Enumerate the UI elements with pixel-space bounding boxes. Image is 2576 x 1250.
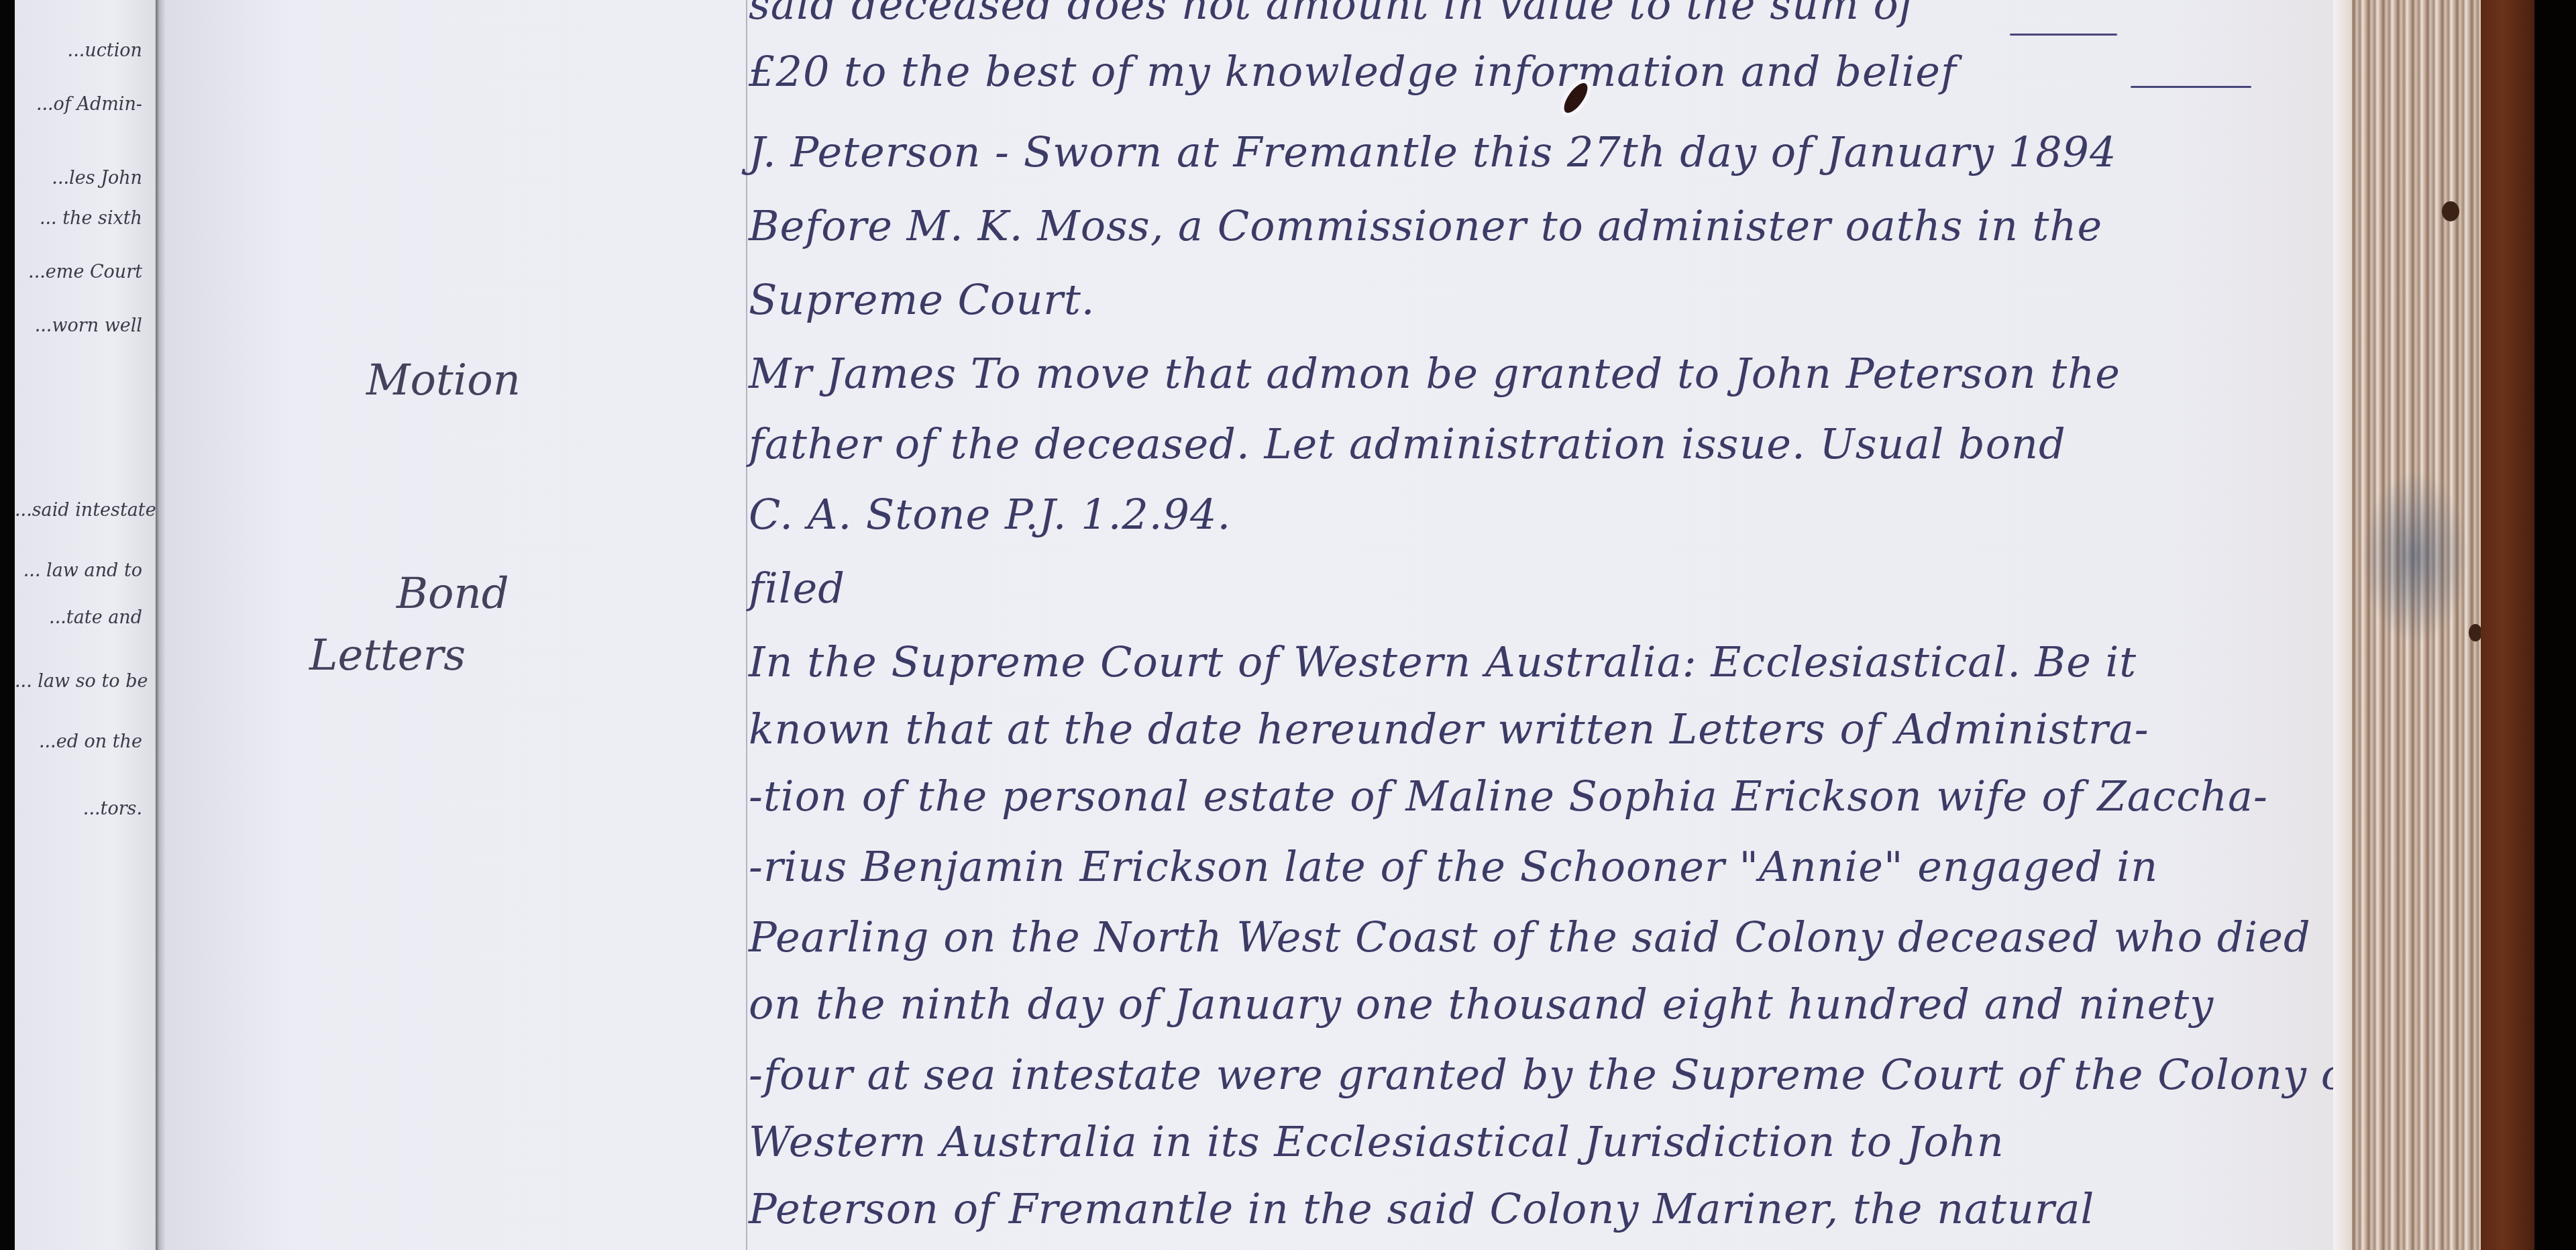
left-page-fragment: ...eme Court xyxy=(15,262,156,282)
register-line: -rius Benjamin Erickson late of the Scho… xyxy=(749,842,2158,891)
left-page-fragment: ...les John xyxy=(15,168,156,189)
register-line: on the ninth day of January one thousand… xyxy=(749,980,2214,1029)
left-page-fragment: ...tate and xyxy=(15,607,156,628)
register-line: -tion of the personal estate of Maline S… xyxy=(749,772,2268,821)
register-line: £20 to the best of my knowledge informat… xyxy=(749,47,1957,96)
register-line: Before M. K. Moss, a Commissioner to adm… xyxy=(749,201,2102,250)
left-page-fragment: ... law and to xyxy=(15,560,156,581)
right-page: Motion Bond Letters said deceased does n… xyxy=(165,0,2345,1250)
margin-label-motion: Motion xyxy=(366,356,521,405)
book-gutter xyxy=(156,0,165,1250)
margin-label-letters: Letters xyxy=(309,631,466,680)
register-line: Pearling on the North West Coast of the … xyxy=(749,913,2311,961)
register-line: Supreme Court. xyxy=(749,275,1095,324)
left-page-fragment: ...of Admin- xyxy=(15,94,156,115)
register-line: filed xyxy=(749,564,845,613)
register-line: In the Supreme Court of Western Australi… xyxy=(749,637,2137,686)
left-page-fragment: ... the sixth xyxy=(15,208,156,229)
left-page-fragment: ...tors. xyxy=(15,798,156,819)
margin-label-bond: Bond xyxy=(396,569,509,619)
document-scan: ...uction ...of Admin- ...les John ... t… xyxy=(0,0,2576,1250)
register-line: -four at sea intestate were granted by t… xyxy=(749,1050,2363,1099)
scan-background-right xyxy=(2534,0,2576,1250)
line-filler-stroke xyxy=(2131,86,2251,88)
left-page-fragment: ...worn well xyxy=(15,315,156,336)
left-page-fragment: ...ed on the xyxy=(15,731,156,752)
left-page-fragment: ...uction xyxy=(15,40,156,61)
left-page-fragment: ... law so to be xyxy=(15,671,156,692)
book-cover-edge xyxy=(2481,0,2534,1250)
stain-spot xyxy=(2469,624,2482,641)
register-line: known that at the date hereunder written… xyxy=(749,705,2149,753)
register-line: father of the deceased. Let administrati… xyxy=(749,419,2066,468)
register-line: Mr James To move that admon be granted t… xyxy=(749,349,2121,398)
register-line: J. Peterson - Sworn at Fremantle this 27… xyxy=(749,127,2117,176)
register-line: Peterson of Fremantle in the said Colony… xyxy=(749,1184,2094,1233)
left-page-fragment: ...said intestate xyxy=(15,500,156,521)
register-line: C. A. Stone P.J. 1.2.94. xyxy=(749,490,1231,539)
register-line: Western Australia in its Ecclesiastical … xyxy=(749,1117,2004,1166)
scan-background-left xyxy=(0,0,15,1250)
stain-spot xyxy=(2442,201,2459,221)
line-filler-stroke xyxy=(2010,34,2117,36)
margin-rule xyxy=(746,0,747,1250)
water-stain xyxy=(2361,470,2469,644)
left-page: ...uction ...of Admin- ...les John ... t… xyxy=(15,0,156,1250)
register-line: said deceased does not amount in value t… xyxy=(749,0,1915,29)
